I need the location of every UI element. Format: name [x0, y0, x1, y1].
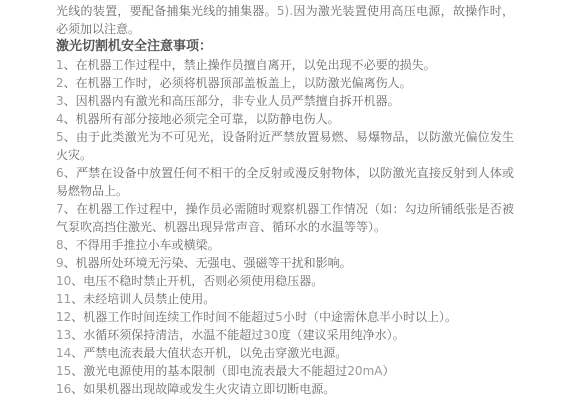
latin-text: 4	[56, 112, 64, 126]
list-item: 16、如果机器出现故障或发生火灾请立即切断电源。	[56, 380, 514, 398]
latin-text: 8	[56, 238, 64, 252]
list-item: 14、严禁电流表最大值状态开机，以免击穿激光电源。	[56, 344, 514, 362]
list-item: 12、机器工作时间连续工作时间不能超过5小时（中途需休息半小时以上）。	[56, 308, 514, 326]
latin-text: 2	[56, 76, 64, 90]
latin-text: 30	[263, 328, 278, 342]
list-item: 11、未经培训人员禁止使用。	[56, 290, 514, 308]
latin-text: 10	[56, 274, 71, 288]
list-item: 4、机器所有部分接地必须完全可靠，以防静电伤人。	[56, 110, 514, 128]
latin-text: 20mA	[347, 364, 382, 378]
latin-text: 14	[56, 346, 71, 360]
latin-text: 1	[56, 58, 64, 72]
latin-text: 5	[275, 310, 283, 324]
list-item: 3、因机器内有激光和高压部分，非专业人员严禁擅自拆开机器。	[56, 92, 514, 110]
section-heading: 激光切割机安全注意事项：	[56, 38, 514, 56]
latin-text: 5	[56, 130, 64, 144]
latin-text: 13	[56, 328, 71, 342]
latin-text: 7	[56, 202, 64, 216]
document-body: 光线的装置，要配备捕集光线的捕集器。5).因为激光装置使用高压电源，故操作时，必…	[0, 0, 564, 398]
page: { "page": { "background": "#ffffff", "te…	[0, 0, 564, 399]
latin-text: 3	[56, 94, 64, 108]
latin-text: 11	[56, 292, 71, 306]
list-item: 8、不得用手推拉小车或横梁。	[56, 236, 514, 254]
latin-text: 12	[56, 310, 71, 324]
list-item: 5、由于此类激光为不可见光，设备附近严禁放置易燃、易爆物品，以防激光偏位发生火灾…	[56, 128, 514, 164]
list-item: 6、严禁在设备中放置任何不相干的全反射或漫反射物体，以防激光直接反射到人体或易燃…	[56, 164, 514, 200]
list-item: 9、机器所处环境无污染、无强电、强磁等干扰和影响。	[56, 254, 514, 272]
list-item: 10、电压不稳时禁止开机，否则必须使用稳压器。	[56, 272, 514, 290]
list-item: 15、激光电源使用的基本限制（即电流表最大不能超过20mA）	[56, 362, 514, 380]
list-item: 13、水循环须保持清洁，水温不能超过30度（建议采用纯净水）。	[56, 326, 514, 344]
list-item: 2、在机器工作时，必须将机器顶部盖板盖上，以防激光偏离伤人。	[56, 74, 514, 92]
preamble-text: 光线的装置，要配备捕集光线的捕集器。5).因为激光装置使用高压电源，故操作时，必…	[56, 2, 514, 38]
latin-text: 9	[56, 256, 64, 270]
latin-text: 6	[56, 166, 64, 180]
latin-text: 5).	[277, 4, 293, 18]
list-item: 1、在机器工作过程中，禁止操作员擅自离开，以免出现不必要的损失。	[56, 56, 514, 74]
list-item: 7、在机器工作过程中，操作员必需随时观察机器工作情况（如：勾边所铺纸张是否被气泵…	[56, 200, 514, 236]
safety-list: 1、在机器工作过程中，禁止操作员擅自离开，以免出现不必要的损失。2、在机器工作时…	[56, 56, 514, 398]
latin-text: 15	[56, 364, 71, 378]
latin-text: 16	[56, 382, 71, 396]
